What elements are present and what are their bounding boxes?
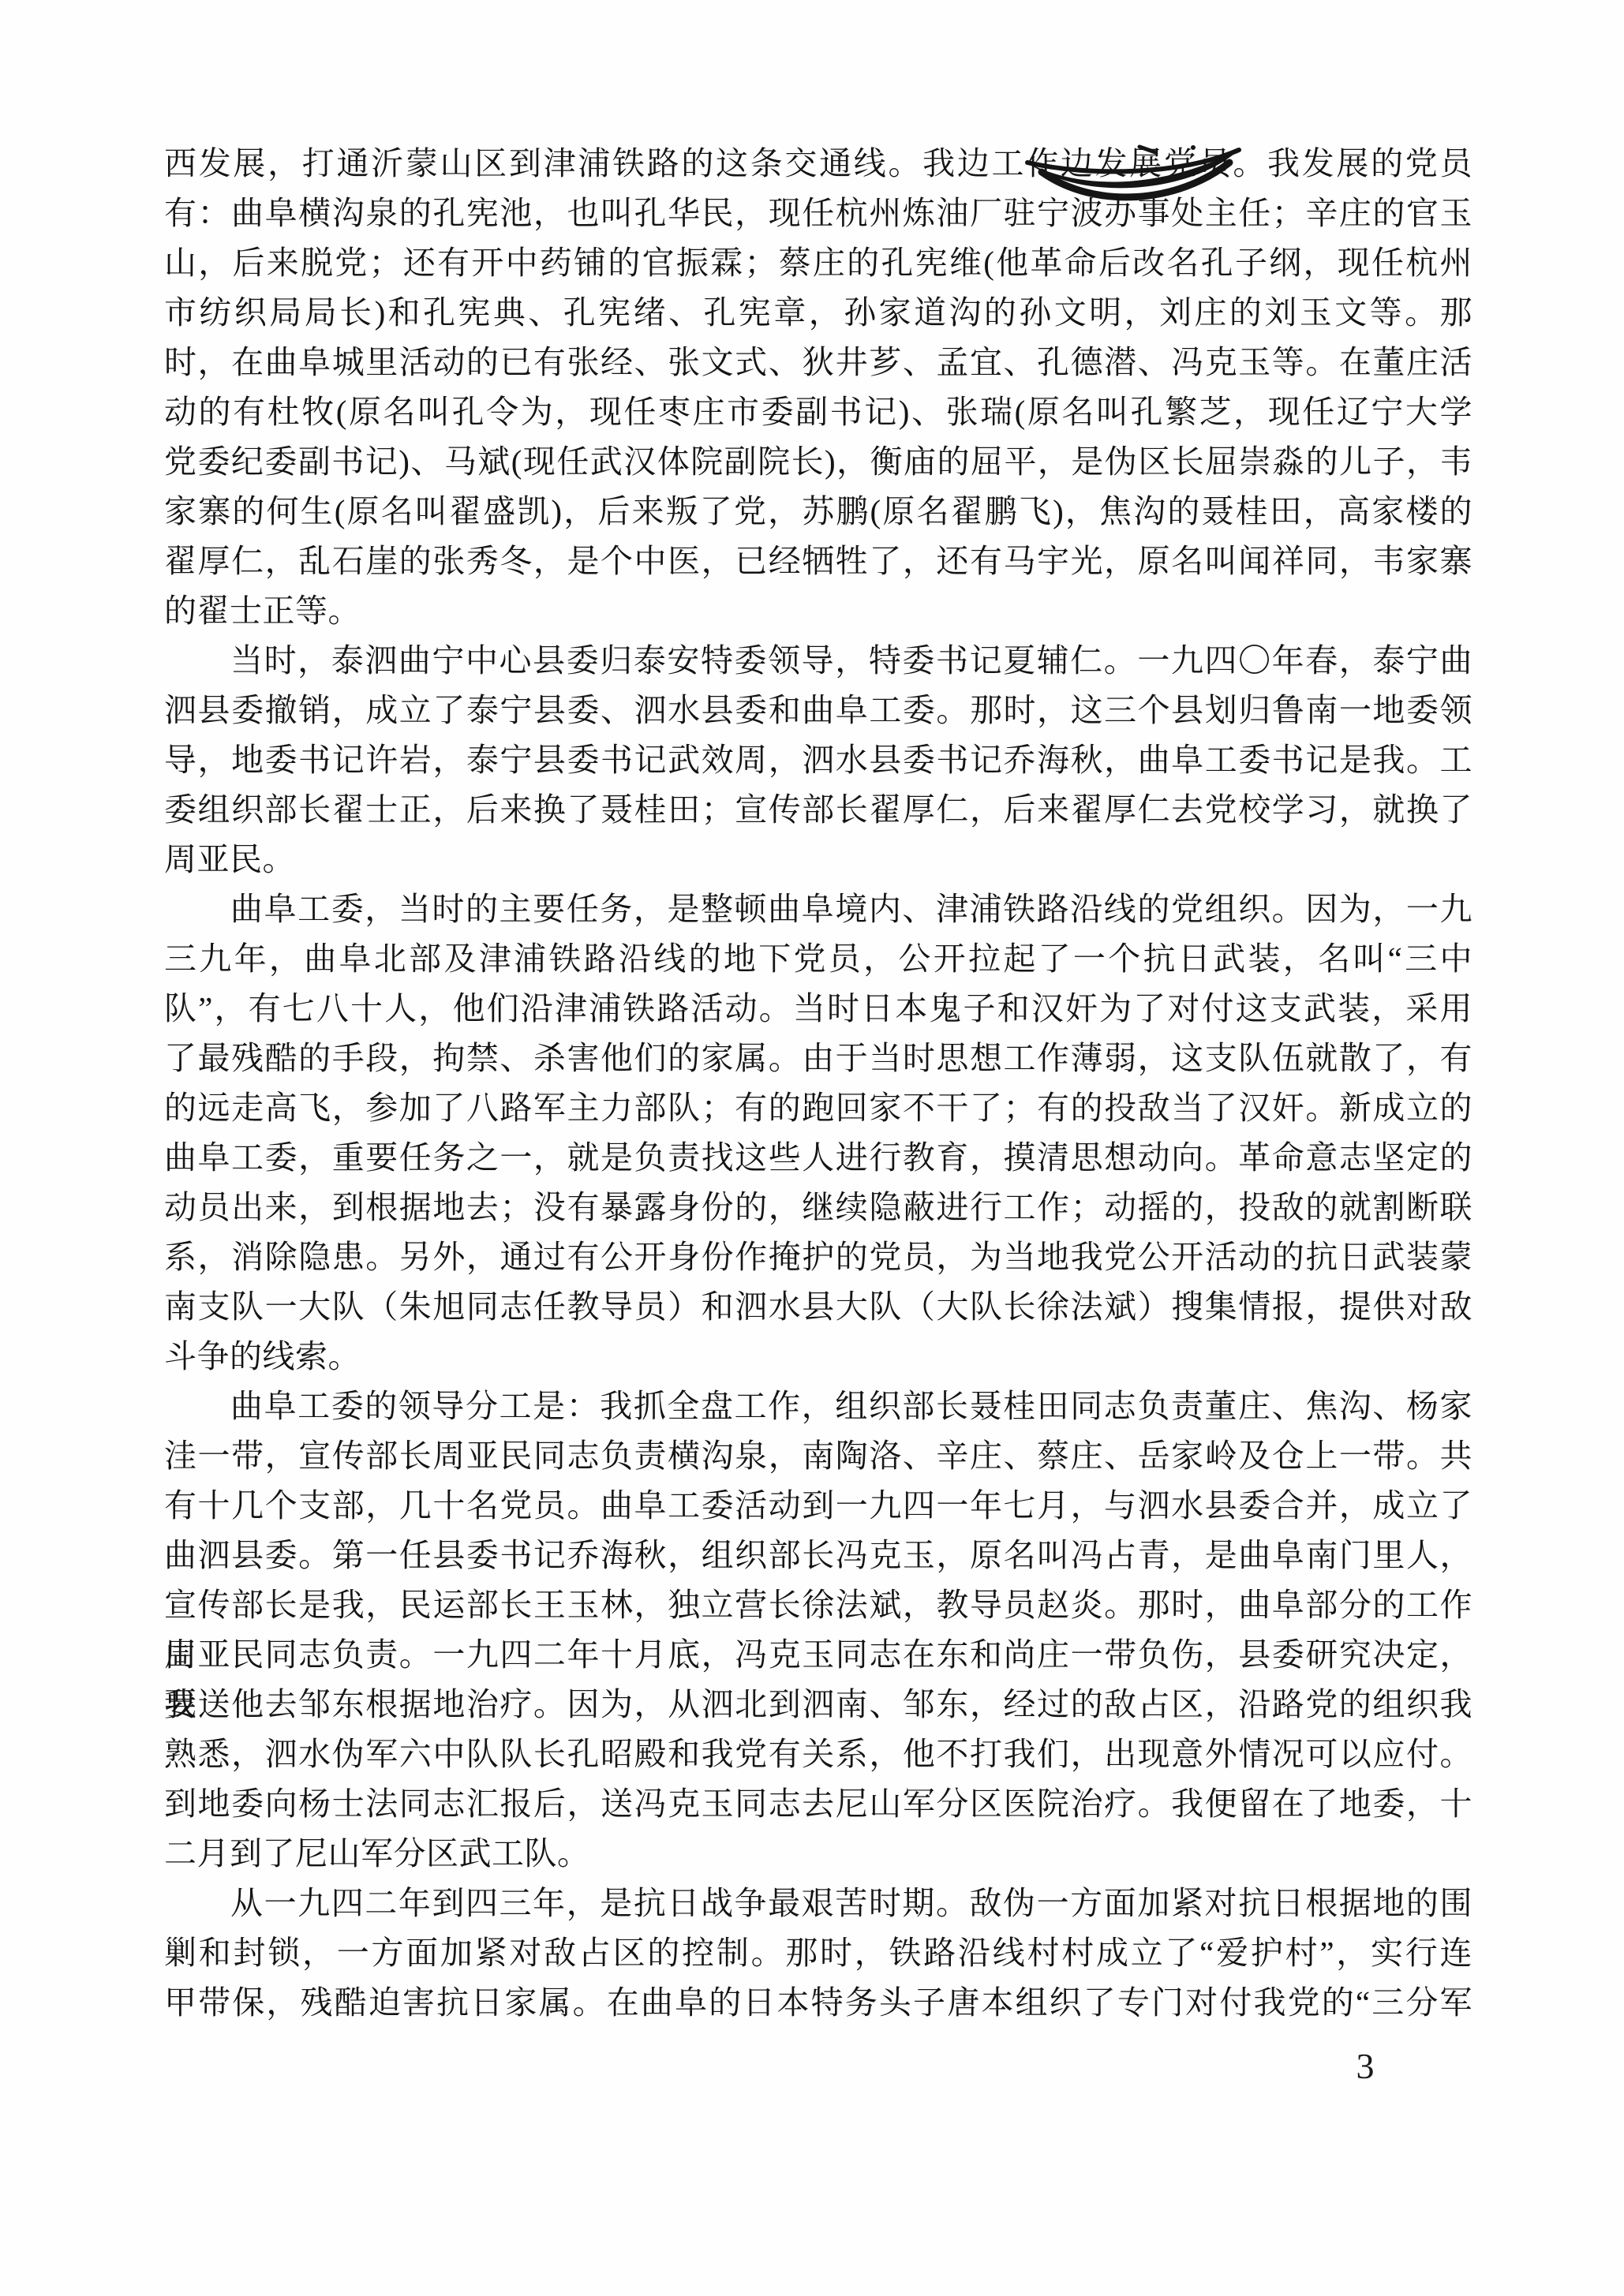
text-line: 二月到了尼山军分区武工队。 <box>164 1829 1472 1879</box>
text-line: 曲阜工委，重要任务之一，就是负责找这些人进行教育，摸清思想动向。革命意志坚定的 <box>164 1133 1472 1183</box>
text-line: 翟厚仁，乱石崖的张秀冬，是个中医，已经牺牲了，还有马宇光，原名叫闻祥同，韦家寨 <box>164 537 1472 586</box>
text-line: 了最残酷的手段，拘禁、杀害他们的家属。由于当时思想工作薄弱，这支队伍就散了，有 <box>164 1034 1472 1083</box>
text-line: 周亚民同志负责。一九四二年十月底，冯克玉同志在东和尚庄一带负伤，县委研究决定，要 <box>164 1630 1472 1680</box>
text-line: 斗争的线索。 <box>164 1332 1472 1382</box>
text-line: 当时，泰泗曲宁中心县委归泰安特委领导，特委书记夏辅仁。一九四〇年春，泰宁曲 <box>164 636 1472 686</box>
text-line: 的远走高飞，参加了八路军主力部队；有的跑回家不干了；有的投敌当了汉奸。新成立的 <box>164 1083 1472 1133</box>
text-line: 甲带保，残酷迫害抗日家属。在曲阜的日本特务头子唐本组织了专门对付我党的“三分军 <box>164 1978 1472 2028</box>
text-line: 熟悉，泗水伪军六中队队长孔昭殿和我党有关系，他不打我们，出现意外情况可以应付。 <box>164 1729 1472 1779</box>
text-line: 宣传部长是我，民运部长王玉林，独立营长徐法斌，教导员赵炎。那时，曲阜部分的工作由 <box>164 1580 1472 1630</box>
text-line: 周亚民。 <box>164 835 1472 884</box>
text-line: 我送他去邹东根据地治疗。因为，从泗北到泗南、邹东，经过的敌占区，沿路党的组织我 <box>164 1680 1472 1729</box>
text-line: 队”，有七八十人，他们沿津浦铁路活动。当时日本鬼子和汉奸为了对付这支武装，采用 <box>164 984 1472 1034</box>
text-line: 南支队一大队（朱旭同志任教导员）和泗水县大队（大队长徐法斌）搜集情报，提供对敌 <box>164 1282 1472 1332</box>
text-line: 泗县委撤销，成立了泰宁县委、泗水县委和曲阜工委。那时，这三个县划归鲁南一地委领 <box>164 686 1472 735</box>
text-line: 党委纪委副书记)、马斌(现任武汉体院副院长)，衡庙的屈平，是伪区长屈崇淼的儿子，… <box>164 437 1472 487</box>
text-line: 的翟士正等。 <box>164 586 1472 636</box>
text-line: 家寨的何生(原名叫翟盛凯)，后来叛了党，苏鹏(原名翟鹏飞)，焦沟的聂桂田，高家楼… <box>164 487 1472 537</box>
text-line: 市纺织局局长)和孔宪典、孔宪绪、孔宪章，孙家道沟的孙文明，刘庄的刘玉文等。那 <box>164 288 1472 338</box>
text-line: 导，地委书记许岩，泰宁县委书记武效周，泗水县委书记乔海秋，曲阜工委书记是我。工 <box>164 735 1472 785</box>
text-line: 西发展，打通沂蒙山区到津浦铁路的这条交通线。我边工作边发展党员。我发展的党员 <box>164 139 1472 189</box>
document-text: 西发展，打通沂蒙山区到津浦铁路的这条交通线。我边工作边发展党员。我发展的党员有：… <box>164 139 1472 2028</box>
text-line: 洼一带，宣传部长周亚民同志负责横沟泉，南陶洛、辛庄、蔡庄、岳家岭及仓上一带。共 <box>164 1431 1472 1481</box>
text-line: 动的有杜牧(原名叫孔令为，现任枣庄市委副书记)、张瑞(原名叫孔繁芝，现任辽宁大学 <box>164 387 1472 437</box>
text-line: 有十几个支部，几十名党员。曲阜工委活动到一九四一年七月，与泗水县委合并，成立了 <box>164 1481 1472 1531</box>
text-line: 曲阜工委的领导分工是：我抓全盘工作，组织部长聂桂田同志负责董庄、焦沟、杨家 <box>164 1382 1472 1431</box>
text-line: 委组织部长翟士正，后来换了聂桂田；宣传部长翟厚仁，后来翟厚仁去党校学习，就换了 <box>164 785 1472 835</box>
page-number: 3 <box>1334 2045 1397 2087</box>
text-line: 三九年，曲阜北部及津浦铁路沿线的地下党员，公开拉起了一个抗日武装，名叫“三中 <box>164 934 1472 984</box>
scanned-page: 西发展，打通沂蒙山区到津浦铁路的这条交通线。我边工作边发展党员。我发展的党员有：… <box>0 0 1624 2296</box>
text-line: 到地委向杨士法同志汇报后，送冯克玉同志去尼山军分区医院治疗。我便留在了地委，十 <box>164 1779 1472 1829</box>
text-line: 山，后来脱党；还有开中药铺的官振霖；蔡庄的孔宪维(他革命后改名孔子纲，现任杭州 <box>164 238 1472 288</box>
text-line: 剿和封锁，一方面加紧对敌占区的控制。那时，铁路沿线村村成立了“爱护村”，实行连 <box>164 1928 1472 1978</box>
text-line: 系，消除隐患。另外，通过有公开身份作掩护的党员，为当地我党公开活动的抗日武装蒙 <box>164 1232 1472 1282</box>
text-line: 曲泗县委。第一任县委书记乔海秋，组织部长冯克玉，原名叫冯占青，是曲阜南门里人， <box>164 1531 1472 1580</box>
text-line: 有：曲阜横沟泉的孔宪池，也叫孔华民，现任杭州炼油厂驻宁波办事处主任；辛庄的官玉 <box>164 189 1472 238</box>
text-line: 曲阜工委，当时的主要任务，是整顿曲阜境内、津浦铁路沿线的党组织。因为，一九 <box>164 884 1472 934</box>
text-line: 时，在曲阜城里活动的已有张经、张文式、狄井芗、孟宜、孔德潜、冯克玉等。在董庄活 <box>164 338 1472 387</box>
text-line: 动员出来，到根据地去；没有暴露身份的，继续隐蔽进行工作；动摇的，投敌的就割断联 <box>164 1183 1472 1232</box>
ink-scribble-annotation <box>1023 144 1248 210</box>
text-line: 从一九四二年到四三年，是抗日战争最艰苦时期。敌伪一方面加紧对抗日根据地的围 <box>164 1879 1472 1928</box>
